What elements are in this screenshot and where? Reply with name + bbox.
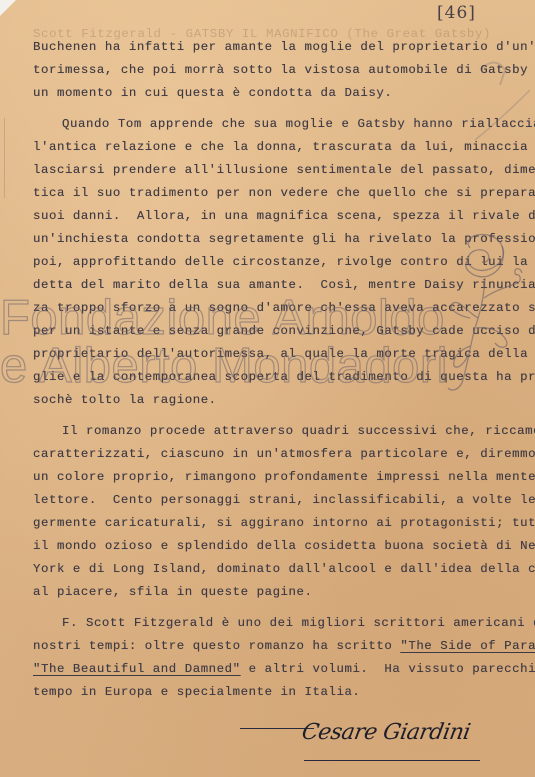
text-line: per un istante e senza grande convinzion… [33, 320, 523, 343]
text-line: lasciarsi prendere all'illusione sentime… [33, 159, 523, 182]
text-line: za troppo sforzo a un sogno d'amore ch'e… [33, 297, 523, 320]
torn-corner [0, 0, 16, 16]
book-title-side-of-paradise: "The Side of Paradis" [400, 639, 535, 653]
text-line: caratterizzati, ciascuno in un'atmosfera… [33, 443, 523, 466]
text-line: germente caricaturali, si aggirano intor… [33, 512, 523, 535]
text-line: F. Scott Fitzgerald è uno dei migliori s… [33, 612, 523, 635]
text-line: nostri tempi: oltre questo romanzo ha sc… [33, 635, 523, 658]
text-line: suoi danni. Allora, in una magnifica sce… [33, 205, 523, 228]
document-page: Scott Fitzgerald - GATSBY IL MAGNIFICO (… [0, 0, 535, 777]
margin-mark [4, 118, 5, 198]
text-line: glie e la contemporanea scoperta del tra… [33, 366, 523, 389]
text-line: poi, approfittando delle circostanze, ri… [33, 251, 523, 274]
text-line: torimessa, che poi morrà sotto la vistos… [33, 59, 523, 82]
text-line: York e di Long Island, dominato dall'alc… [33, 558, 523, 581]
text-line: l'antica relazione e che la donna, trasc… [33, 136, 523, 159]
text-line: Quando Tom apprende che sua moglie e Gat… [33, 113, 523, 136]
body-text: Buchenen ha infatti per amante la moglie… [33, 36, 523, 704]
text-line: lettore. Cento personaggi strani, inclas… [33, 489, 523, 512]
text-segment: e altri volumi. Ha vissuto parecchio [241, 662, 535, 676]
text-line: un'inchiesta condotta segretamente gli h… [33, 228, 523, 251]
text-line: "The Beautiful and Damned" e altri volum… [33, 658, 523, 681]
text-line: Il romanzo procede attraverso quadri suc… [33, 420, 523, 443]
page-number: [46] [437, 3, 476, 23]
text-line: proprietario dell'autorimessa, al quale … [33, 343, 523, 366]
text-line: detta del marito della sua amante. Così,… [33, 274, 523, 297]
text-line: tica il suo tradimento per non vedere ch… [33, 182, 523, 205]
text-line: sochè tolto la ragione. [33, 389, 523, 412]
text-line: Buchenen ha infatti per amante la moglie… [33, 36, 523, 59]
handwritten-signature: Cesare Giardini [300, 720, 472, 745]
text-line: un momento in cui questa è condotta da D… [33, 82, 523, 105]
signature-rule-bottom [304, 760, 480, 761]
text-line: un colore proprio, rimangono profondamen… [33, 466, 523, 489]
text-line: il mondo ozioso e splendido della coside… [33, 535, 523, 558]
text-line: al piacere, sfila in queste pagine. [33, 581, 523, 604]
book-title-beautiful-and-damned: "The Beautiful and Damned" [33, 662, 241, 676]
text-line: tempo in Europa e specialmente in Italia… [33, 681, 523, 704]
text-segment: nostri tempi: oltre questo romanzo ha sc… [33, 639, 400, 653]
